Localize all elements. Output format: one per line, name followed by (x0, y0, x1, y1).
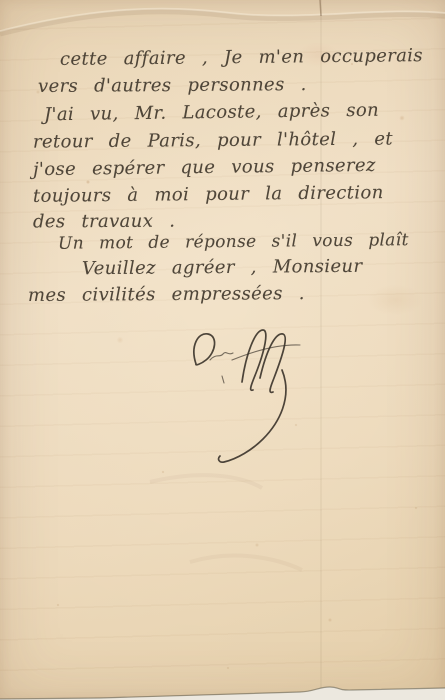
letter-line: cette affaire , Je m'en occuperais (60, 46, 423, 70)
letter-line: J'ai vu, Mr. Lacoste, après son (44, 101, 379, 126)
letter-line: toujours à moi pour la direction (33, 183, 384, 207)
letter-line: retour de Paris, pour l'hôtel , et (33, 129, 393, 152)
letter-line: vers d'autres personnes . (38, 75, 307, 97)
letter-line: j'ose espérer que vous penserez (33, 156, 376, 180)
letter-line: Un mot de réponse s'il vous plaît (58, 230, 409, 254)
letter-scan: cette affaire , Je m'en occuperais vers … (0, 0, 445, 700)
signature-flourish (182, 320, 316, 470)
signature (182, 320, 316, 470)
letter-line: des travaux . (33, 212, 175, 233)
letter-line: mes civilités empressées . (28, 284, 305, 306)
letter-line: Veuillez agréer , Monsieur (82, 257, 363, 279)
